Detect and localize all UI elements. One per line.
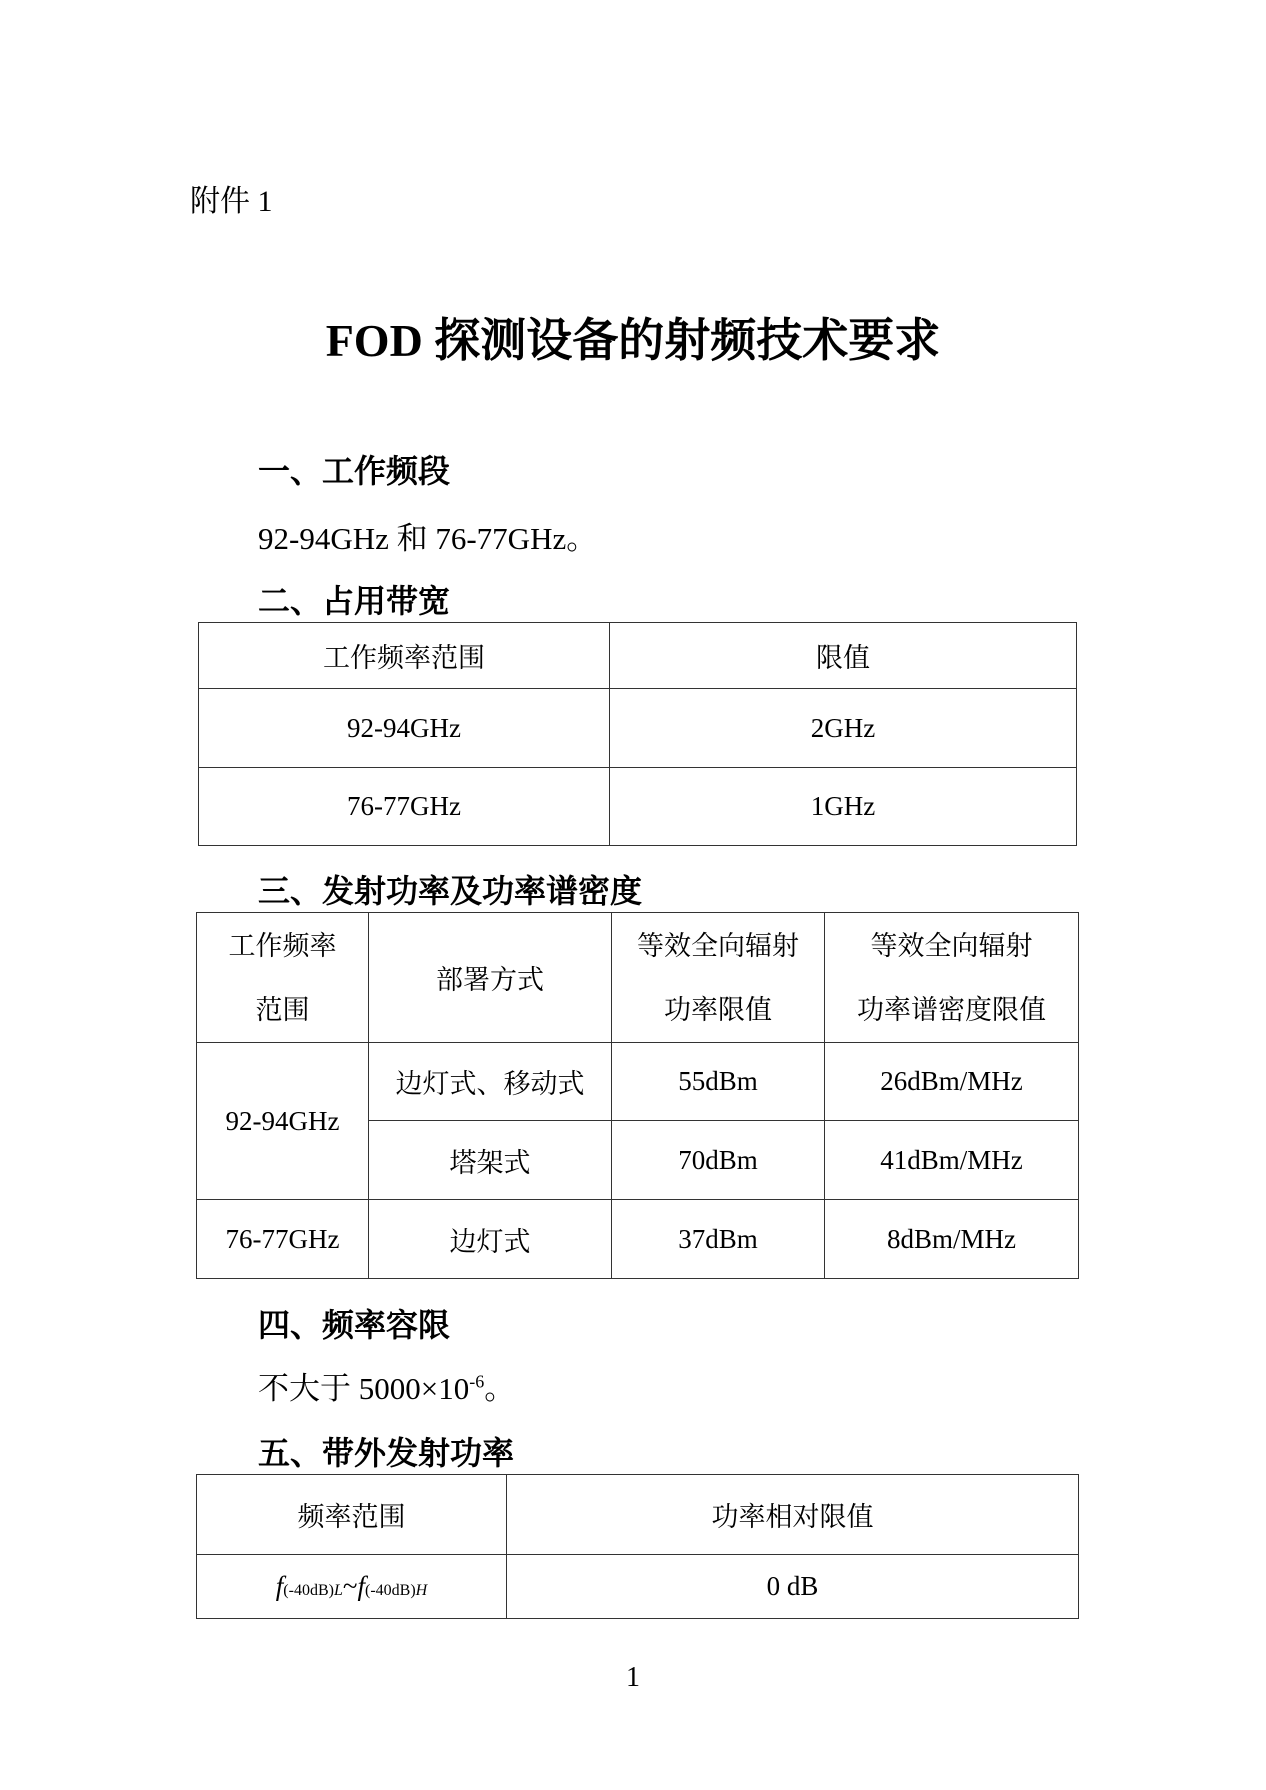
header-line: 范围 bbox=[197, 978, 368, 1042]
section-heading-2: 二、占用带宽 bbox=[258, 576, 450, 622]
table-cell-range: f(-40dB)L~f(-40dB)H bbox=[197, 1555, 507, 1619]
table-cell: 41dBm/MHz bbox=[825, 1121, 1079, 1200]
section-heading-3: 三、发射功率及功率谱密度 bbox=[258, 866, 642, 912]
table-cell: 70dBm bbox=[612, 1121, 825, 1200]
table-cell: 2GHz bbox=[610, 689, 1077, 768]
table-cell: 塔架式 bbox=[369, 1121, 612, 1200]
table-cell: 1GHz bbox=[610, 768, 1077, 846]
text-prefix: 不大于 5000×10 bbox=[258, 1371, 469, 1406]
section-heading-5: 五、带外发射功率 bbox=[258, 1428, 514, 1474]
table-cell: 0 dB bbox=[507, 1555, 1079, 1619]
power-table: 工作频率 范围 部署方式 等效全向辐射 功率限值 等效全向辐射 功率谱密度限值 … bbox=[196, 912, 1079, 1279]
subscript: (-40dB) bbox=[283, 1582, 334, 1599]
header-line: 功率谱密度限值 bbox=[825, 978, 1078, 1042]
table-cell: 76-77GHz bbox=[197, 1200, 369, 1279]
subscript: (-40dB) bbox=[365, 1582, 416, 1599]
header-line: 等效全向辐射 bbox=[612, 914, 824, 978]
table-cell: 8dBm/MHz bbox=[825, 1200, 1079, 1279]
bandwidth-table: 工作频率范围 限值 92-94GHz 2GHz 76-77GHz 1GHz bbox=[198, 622, 1077, 846]
attachment-label: 附件 1 bbox=[190, 176, 273, 220]
table-cell: 92-94GHz bbox=[197, 1043, 369, 1200]
table-cell: 37dBm bbox=[612, 1200, 825, 1279]
exponent: -6 bbox=[469, 1372, 484, 1392]
table-header-cell: 限值 bbox=[610, 623, 1077, 689]
table-cell: 55dBm bbox=[612, 1043, 825, 1121]
table-cell: 76-77GHz bbox=[199, 768, 610, 846]
header-line: 功率限值 bbox=[612, 978, 824, 1042]
section-text-4: 不大于 5000×10-6。 bbox=[258, 1363, 515, 1408]
table-header-cell: 工作频率 范围 bbox=[197, 913, 369, 1043]
section-heading-1: 一、工作频段 bbox=[258, 446, 450, 492]
table-cell: 92-94GHz bbox=[199, 689, 610, 768]
table-header-cell: 等效全向辐射 功率谱密度限值 bbox=[825, 913, 1079, 1043]
tilde: ~ bbox=[343, 1571, 358, 1601]
oob-table: 频率范围 功率相对限值 f(-40dB)L~f(-40dB)H 0 dB bbox=[196, 1474, 1079, 1619]
header-line: 工作频率 bbox=[197, 914, 368, 978]
table-cell: 边灯式、移动式 bbox=[369, 1043, 612, 1121]
f-symbol: f bbox=[357, 1571, 365, 1601]
table-header-cell: 等效全向辐射 功率限值 bbox=[612, 913, 825, 1043]
table-header-cell: 部署方式 bbox=[369, 913, 612, 1043]
table-cell: 26dBm/MHz bbox=[825, 1043, 1079, 1121]
subscript: H bbox=[416, 1582, 428, 1599]
table-header-cell: 功率相对限值 bbox=[507, 1475, 1079, 1555]
page-number: 1 bbox=[0, 1662, 1266, 1694]
table-cell: 边灯式 bbox=[369, 1200, 612, 1279]
section-heading-4: 四、频率容限 bbox=[258, 1300, 450, 1346]
table-header-cell: 工作频率范围 bbox=[199, 623, 610, 689]
text-suffix: 。 bbox=[484, 1371, 515, 1406]
section-text-1: 92-94GHz 和 76-77GHz。 bbox=[258, 513, 597, 558]
page-title: FOD 探测设备的射频技术要求 bbox=[0, 304, 1266, 370]
header-line: 等效全向辐射 bbox=[825, 914, 1078, 978]
table-header-cell: 频率范围 bbox=[197, 1475, 507, 1555]
subscript: L bbox=[334, 1582, 343, 1599]
